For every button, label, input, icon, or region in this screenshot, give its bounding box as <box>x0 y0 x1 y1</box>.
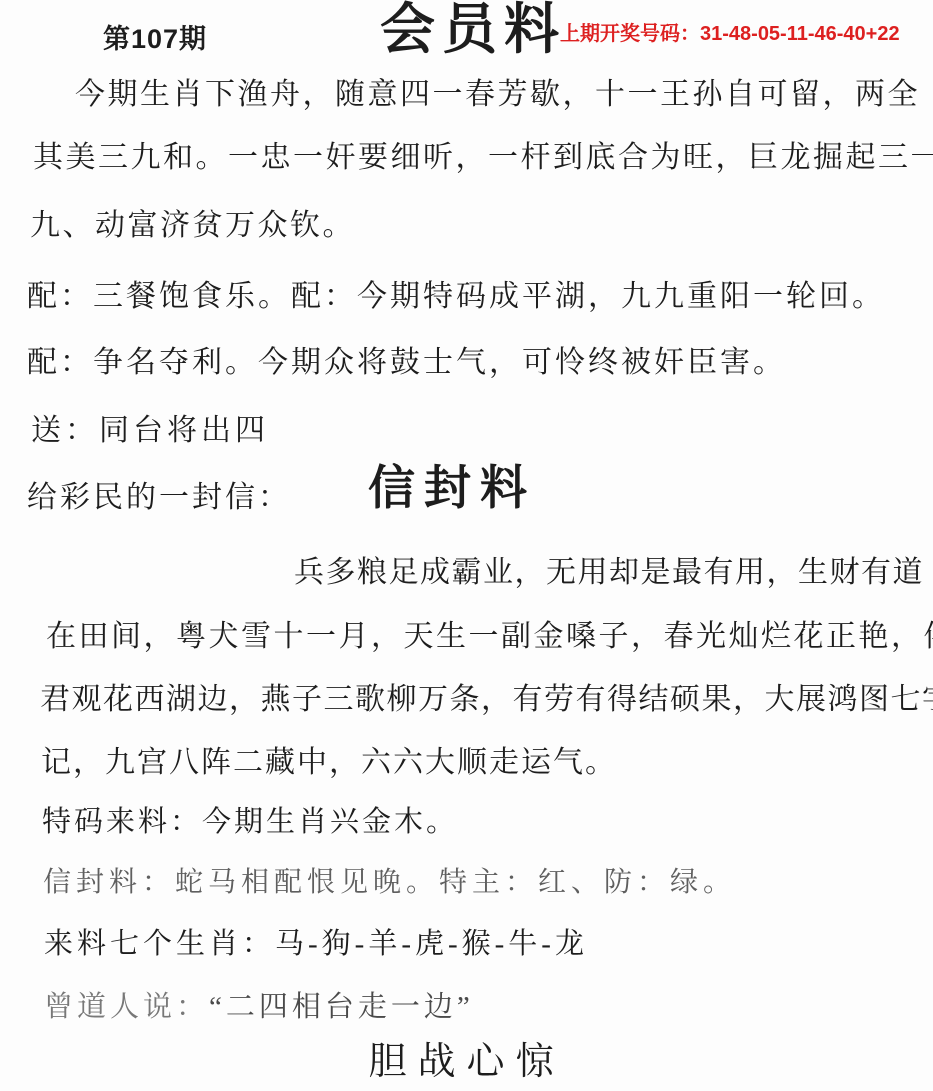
pei-line-1: 配：三餐饱食乐。配：今期特码成平湖，九九重阳一轮回。 <box>27 282 885 312</box>
quote-line: 曾道人说：“二四相台走一边” <box>44 993 474 1022</box>
letter-line-2: 在田间，粤犬雪十一月，天生一副金嗓子，春光灿烂花正艳，伴 <box>46 622 933 652</box>
pei-line-2: 配：争名夺利。今期众将鼓士气，可怜终被奸臣害。 <box>27 348 786 378</box>
quote-speaker: 曾道人说： <box>44 991 209 1023</box>
song-line: 送：同台将出四 <box>31 416 269 446</box>
letter-line-3: 君观花西湖边，燕子三歌柳万条，有劳有得结硕果，大展鸿图七字 <box>40 685 933 715</box>
quote-text: “二四相台走一边” <box>209 991 474 1023</box>
letter-line-4: 记，九宫八阵二藏中，六六大顺走运气。 <box>41 748 617 778</box>
letter-line-1: 兵多粮足成霸业，无用却是最有用，生财有道 <box>294 558 924 588</box>
issue-number: 第107期 <box>103 26 207 53</box>
footer-phrase: 胆战心惊 <box>0 1043 933 1081</box>
envelope-intro: 给彩民的一封信： <box>27 483 291 513</box>
poem-line-1: 今期生肖下渔舟，随意四一春芳歇，十一王孙自可留，两全 <box>75 80 920 110</box>
last-draw-numbers: 上期开奖号码：31-48-05-11-46-40+22 <box>560 24 900 44</box>
poem-line-3: 九、动富济贫万众钦。 <box>30 211 355 241</box>
last-draw-label: 上期开奖号码： <box>560 23 700 45</box>
special-code-line: 特码来料：今期生肖兴金木。 <box>42 808 458 837</box>
tip-sheet-page: 第107期 会员料 上期开奖号码：31-48-05-11-46-40+22 今期… <box>0 0 933 1091</box>
page-title: 会员料 <box>380 2 566 57</box>
poem-line-2: 其美三九和。一忠一奸要细听，一杆到底合为旺，巨龙掘起三一 <box>33 143 933 173</box>
zodiac-line: 来料七个生肖：马-狗-羊-虎-猴-牛-龙 <box>44 930 588 959</box>
envelope-section-title: 信封料 <box>368 466 536 513</box>
envelope-tip-line: 信封料：蛇马相配恨见晚。特主：红、防：绿。 <box>43 869 736 897</box>
last-draw-value: 31-48-05-11-46-40+22 <box>700 23 900 45</box>
